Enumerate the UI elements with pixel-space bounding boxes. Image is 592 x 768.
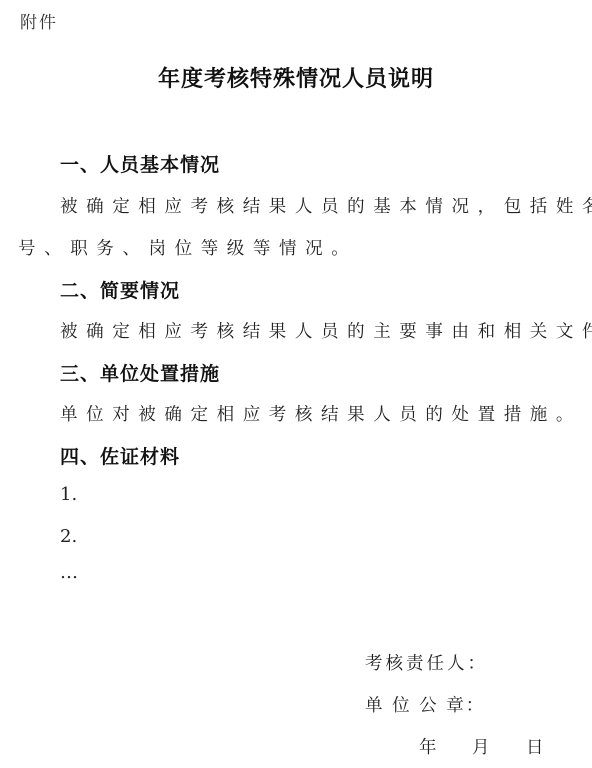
document-title: 年度考核特殊情况人员说明 [0, 62, 592, 93]
section-heading-evidence: 四、佐证材料 [60, 442, 180, 469]
seal-label: 单 位 公 章： [365, 692, 485, 717]
attachment-label: 附件 [20, 8, 58, 33]
section-heading-summary: 二、简要情况 [60, 276, 180, 303]
reviewer-label: 考核责任人： [365, 650, 488, 675]
date-month: 月 [472, 734, 490, 759]
section-heading-measures: 三、单位处置措施 [60, 359, 220, 386]
section-body-line: 单位对被确定相应考核结果人员的处置措施。 [60, 401, 582, 426]
section-body-line: 被确定相应考核结果人员的主要事由和相关文件依据。 [60, 318, 592, 343]
date-year: 年 [419, 734, 437, 759]
section-body-line: 被确定相应考核结果人员的基本情况，包括姓名、人事 [60, 193, 592, 218]
evidence-item-2: 2. [60, 526, 77, 547]
date-day: 日 [526, 734, 544, 759]
evidence-item-1: 1. [60, 484, 77, 505]
section-heading-basic-info: 一、人员基本情况 [60, 150, 220, 177]
evidence-item-ellipsis: … [60, 562, 78, 583]
section-body-line: 号、职务、岗位等级等情况。 [18, 235, 357, 260]
